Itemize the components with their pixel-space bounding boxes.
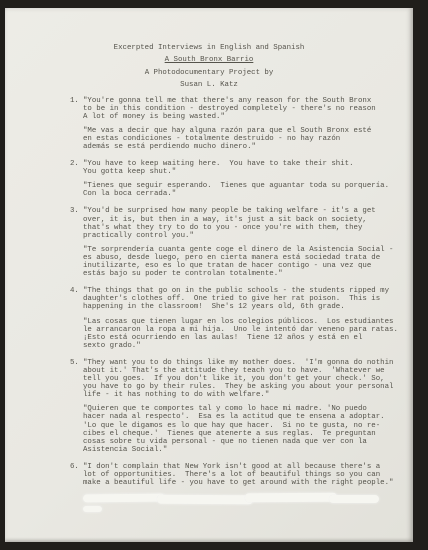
quote-spanish: "Quieren que te comportes tal y como lo … — [83, 405, 411, 454]
quote-number: 4. — [70, 287, 83, 350]
quote-item: 1. "You're gonna tell me that there's an… — [70, 97, 411, 152]
quote-list: 1. "You're gonna tell me that there's an… — [70, 97, 411, 494]
quote-spanish: "Las cosas que tienen lugar en los coleg… — [83, 318, 411, 350]
quote-texts: "You're gonna tell me that there's any r… — [83, 97, 411, 152]
quote-number: 3. — [70, 207, 83, 278]
document-author: Susan L. Katz — [5, 81, 413, 89]
quote-english: "You have to keep waiting here. You have… — [83, 160, 411, 176]
quote-item: 4. "The things that go on in the public … — [70, 287, 411, 350]
document-page: Excerpted Interviews in English and Span… — [5, 8, 413, 542]
document-series-title: Excerpted Interviews in English and Span… — [5, 44, 413, 52]
quote-number: 6. — [70, 463, 83, 493]
whiteout-strip — [245, 493, 337, 502]
whiteout-marks — [83, 486, 379, 514]
quote-number: 2. — [70, 160, 83, 198]
quote-number: 1. — [70, 97, 83, 152]
quote-texts: "You have to keep waiting here. You have… — [83, 160, 411, 198]
whiteout-strip — [329, 495, 379, 503]
quote-english: "I don't complain that New York isn't go… — [83, 463, 411, 487]
document-subtitle: A Photodocumentary Project by — [5, 69, 413, 77]
quote-english: "You'd be surprised how many people be t… — [83, 207, 411, 239]
quote-texts: "You'd be surprised how many people be t… — [83, 207, 411, 278]
whiteout-strip — [157, 495, 253, 505]
whiteout-blob — [83, 506, 102, 512]
quote-english: "The things that go on in the public sch… — [83, 287, 411, 311]
quote-english: "You're gonna tell me that there's any r… — [83, 97, 411, 121]
quote-item: 2. "You have to keep waiting here. You h… — [70, 160, 411, 198]
quote-item: 5. "They want you to do things like my m… — [70, 359, 411, 454]
quote-texts: "They want you to do things like my moth… — [83, 359, 411, 454]
quote-spanish: "Tienes que seguir esperando. Tienes que… — [83, 182, 411, 198]
document-header: Excerpted Interviews in English and Span… — [5, 8, 413, 90]
quote-english: "They want you to do things like my moth… — [83, 359, 411, 399]
quote-number: 5. — [70, 359, 83, 454]
quote-spanish: "Te sorprendería cuanta gente coge el di… — [83, 246, 411, 278]
quote-spanish: "Me vas a decir que hay alguna razón par… — [83, 127, 411, 151]
quote-texts: "The things that go on in the public sch… — [83, 287, 411, 350]
whiteout-strip — [83, 494, 165, 503]
quote-item: 3. "You'd be surprised how many people b… — [70, 207, 411, 278]
document-title: A South Bronx Barrio — [5, 56, 413, 64]
